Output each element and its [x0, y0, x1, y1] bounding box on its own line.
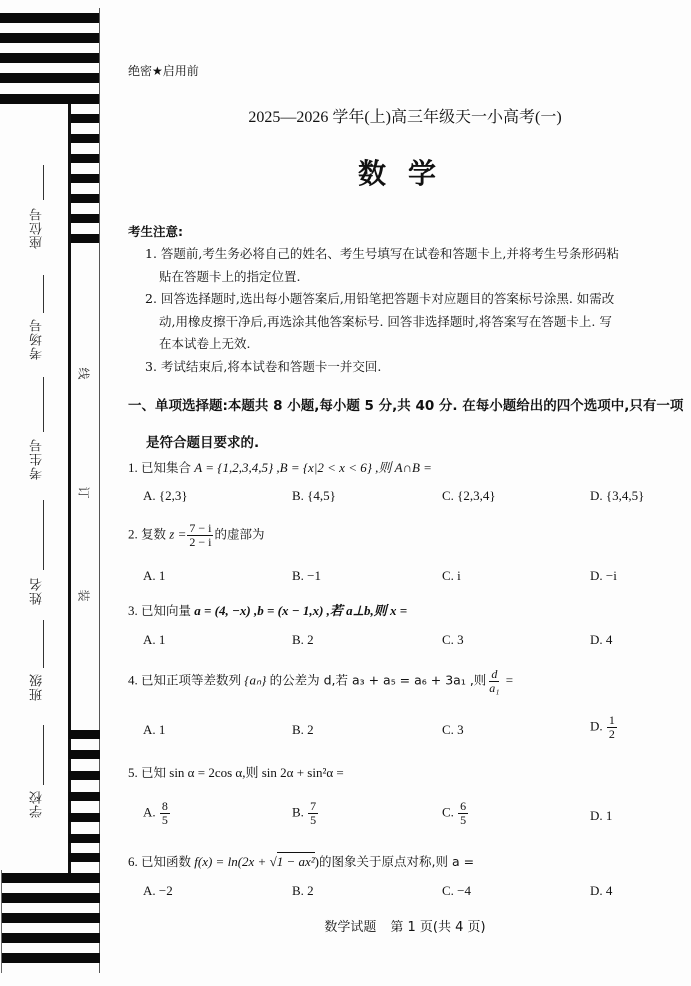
barcode-stripe	[2, 893, 100, 903]
field-blank-school[interactable]	[43, 725, 44, 785]
q3-option-c[interactable]: C. 3	[442, 632, 464, 648]
q5-option-d[interactable]: D. 1	[590, 808, 612, 824]
q1-option-b[interactable]: B. {4,5}	[292, 488, 336, 504]
field-label-examinee-no: 考生号	[28, 438, 47, 480]
q5-option-c[interactable]: C. 65	[442, 800, 469, 827]
q2-option-a[interactable]: A. 1	[143, 568, 165, 584]
question-5: 5. 已知 sin α = 2cos α,则 sin 2α + sin²α =	[128, 762, 344, 781]
binding-mark-staple: 订	[76, 486, 93, 498]
notice-heading: 考生注意:	[128, 222, 183, 240]
barcode-stripe	[0, 53, 100, 63]
binding-margin: 座位号 考场号 考生号 姓名 班级 学校 线 订 装	[0, 0, 110, 986]
notice-item-2: 2. 回答选择题时,选出每小题答案后,用铅笔把答题卡对应题目的答案标号涂黑. 如…	[145, 288, 685, 356]
question-6: 6. 已知函数 f(x) = ln(2x + √1 − ax²)的图象关于原点对…	[128, 852, 474, 870]
q1-option-d[interactable]: D. {3,4,5}	[590, 488, 644, 504]
q6-option-c[interactable]: C. −4	[442, 883, 471, 899]
footer-page-number: 第 1 页(共 4 页)	[390, 920, 485, 935]
notice-item-3: 3. 考试结束后,将本试卷和答题卡一并交回.	[145, 356, 685, 379]
fraction: 7 − i2 − i	[187, 522, 213, 549]
barcode-stripe	[69, 813, 100, 822]
question-3: 3. 已知向量 a = (4, −x) ,b = (x − 1,x) ,若 a⊥…	[128, 600, 407, 619]
q3-option-d[interactable]: D. 4	[590, 632, 612, 648]
field-blank-room[interactable]	[43, 275, 44, 313]
page-footer: 数学试题第 1 页(共 4 页)	[0, 916, 691, 935]
barcode-stripe	[0, 33, 100, 43]
barcode-stripe	[69, 771, 100, 780]
question-4: 4. 已知正项等差数列 {aₙ} 的公差为 d,若 a₃ + a₅ = a₆ +…	[128, 668, 513, 695]
field-label-room: 考场号	[28, 318, 47, 360]
field-blank-examinee-no[interactable]	[43, 377, 44, 432]
barcode-stripe	[69, 834, 100, 843]
field-blank-name[interactable]	[43, 500, 44, 570]
q1-option-c[interactable]: C. {2,3,4}	[442, 488, 496, 504]
barcode-stripe	[2, 953, 100, 963]
field-blank-class[interactable]	[43, 620, 44, 668]
q4-option-a[interactable]: A. 1	[143, 722, 165, 738]
binding-mark-line: 线	[76, 367, 93, 379]
barcode-stripe	[69, 134, 100, 143]
barcode-stripe	[69, 214, 100, 223]
q4-option-b[interactable]: B. 2	[292, 722, 314, 738]
field-label-class: 班级	[28, 673, 47, 701]
q5-option-b[interactable]: B. 75	[292, 800, 319, 827]
q3-option-a[interactable]: A. 1	[143, 632, 165, 648]
barcode-stripe	[69, 234, 100, 243]
barcode-stripe	[69, 792, 100, 801]
field-label-school: 学校	[28, 790, 47, 818]
q2-option-c[interactable]: C. i	[442, 568, 461, 584]
q3-option-b[interactable]: B. 2	[292, 632, 314, 648]
q4-option-c[interactable]: C. 3	[442, 722, 464, 738]
barcode-stripe	[69, 194, 100, 203]
exam-title: 2025—2026 学年(上)高三年级天一小高考(一)	[0, 104, 691, 127]
field-label-seat: 座位号	[28, 207, 47, 249]
confidential-label: 绝密★启用前	[128, 62, 199, 79]
barcode-stripe	[0, 73, 100, 83]
question-1: 1. 已知集合 A = {1,2,3,4,5} ,B = {x|2 < x < …	[128, 457, 432, 476]
fraction: da₁	[487, 668, 501, 695]
barcode-stripe	[69, 750, 100, 759]
barcode-stripe	[2, 873, 100, 883]
q2-option-d[interactable]: D. −i	[590, 568, 617, 584]
notice-list: 1. 答题前,考生务必将自己的姓名、考生号填写在试卷和答题卡上,并将考生号条形码…	[145, 243, 685, 378]
question-2: 2. 复数 z =7 − i2 − i的虚部为	[128, 522, 264, 549]
section-heading: 一、单项选择题:本题共 8 小题,每小题 5 分,共 40 分. 在每小题给出的…	[128, 388, 688, 462]
footer-subject: 数学试题	[324, 920, 376, 935]
q6-option-d[interactable]: D. 4	[590, 883, 612, 899]
q5-option-a[interactable]: A. 85	[143, 800, 171, 827]
q6-option-b[interactable]: B. 2	[292, 883, 314, 899]
notice-item-1: 1. 答题前,考生务必将自己的姓名、考生号填写在试卷和答题卡上,并将考生号条形码…	[145, 243, 685, 288]
barcode-stripe	[69, 853, 100, 862]
q4-option-d[interactable]: D. 12	[590, 714, 618, 741]
q1-option-a[interactable]: A. {2,3}	[143, 488, 188, 504]
binding-mark-bind: 装	[76, 589, 93, 601]
barcode-stripe	[0, 13, 100, 23]
q2-option-b[interactable]: B. −1	[292, 568, 321, 584]
subject-title: 数学	[0, 152, 691, 192]
q6-option-a[interactable]: A. −2	[143, 883, 173, 899]
barcode-stripe	[69, 730, 100, 739]
field-label-name: 姓名	[28, 577, 47, 605]
barcode-stripe	[0, 94, 100, 104]
